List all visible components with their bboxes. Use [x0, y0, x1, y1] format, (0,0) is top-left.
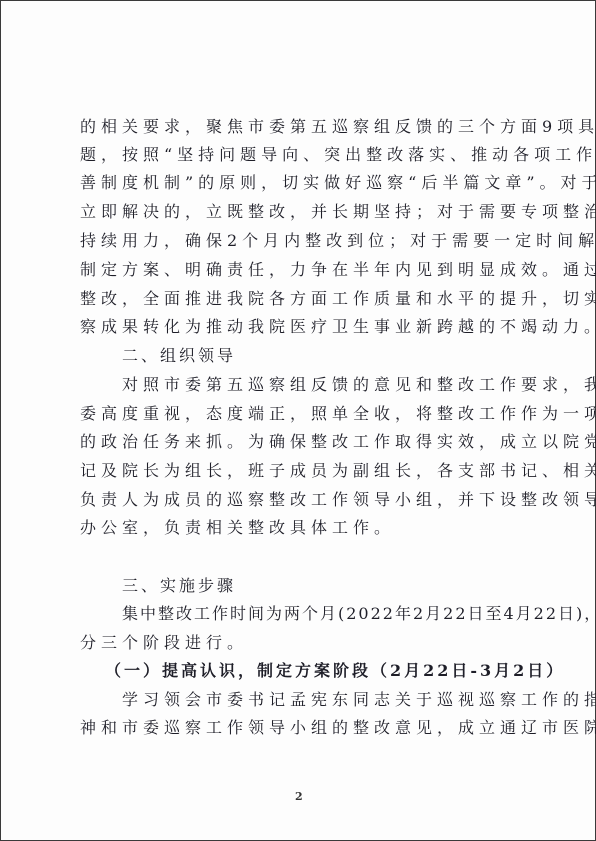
section-heading-organization: 二、组织领导	[122, 344, 572, 368]
paragraph-line: 持续用力，确保2个月内整改到位；对于需要一定时间解决的，	[80, 229, 530, 253]
paragraph-line: 负责人为成员的巡察整改工作领导小组，并下设整改领导小组	[80, 488, 530, 512]
section-heading-steps: 三、实施步骤	[122, 574, 572, 598]
document-page: 的相关要求，聚焦市委第五巡察组反馈的三个方面9项具体问 题，按照“坚持问题导向、…	[0, 0, 596, 841]
paragraph-line: 善制度机制”的原则，切实做好巡察“后半篇文章”。对于能够	[80, 171, 530, 195]
paragraph-line: 题，按照“坚持问题导向、突出整改落实、推动各项工作、完	[80, 143, 530, 167]
paragraph-line: 记及院长为组长，班子成员为副组长，各支部书记、相关科室	[80, 459, 530, 483]
paragraph-line: 察成果转化为推动我院医疗卫生事业新跨越的不竭动力。	[80, 315, 530, 339]
paragraph-line: 办公室，负责相关整改具体工作。	[80, 516, 530, 540]
paragraph-line: 学习领会市委书记孟宪东同志关于巡视巡察工作的指示精	[122, 688, 572, 712]
paragraph-line: 的相关要求，聚焦市委第五巡察组反馈的三个方面9项具体问	[80, 115, 530, 139]
paragraph-line: 神和市委巡察工作领导小组的整改意见，成立通辽市医院巡察	[80, 716, 530, 740]
subsection-heading-stage1: （一）提高认识，制定方案阶段（2月22日-3月2日）	[105, 659, 555, 683]
paragraph-line: 对照市委第五巡察组反馈的意见和整改工作要求，我院党	[122, 373, 572, 397]
paragraph-line: 立即解决的，立既整改，并长期坚持；对于需要专项整治的，	[80, 200, 530, 224]
paragraph-line: 的政治任务来抓。为确保整改工作取得实效，成立以院党委书	[80, 430, 530, 454]
paragraph-line: 制定方案、明确责任，力争在半年内见到明显成效。通过本次	[80, 258, 530, 282]
page-number: 2	[295, 790, 303, 803]
paragraph-line: 分三个阶段进行。	[80, 631, 530, 655]
paragraph-line: 集中整改工作时间为两个月(2022年2月22日至4月22日)，	[122, 602, 572, 626]
paragraph-line: 整改，全面推进我院各方面工作质量和水平的提升，切实把巡	[80, 287, 530, 311]
paragraph-line: 委高度重视，态度端正，照单全收，将整改工作作为一项严肃	[80, 402, 530, 426]
